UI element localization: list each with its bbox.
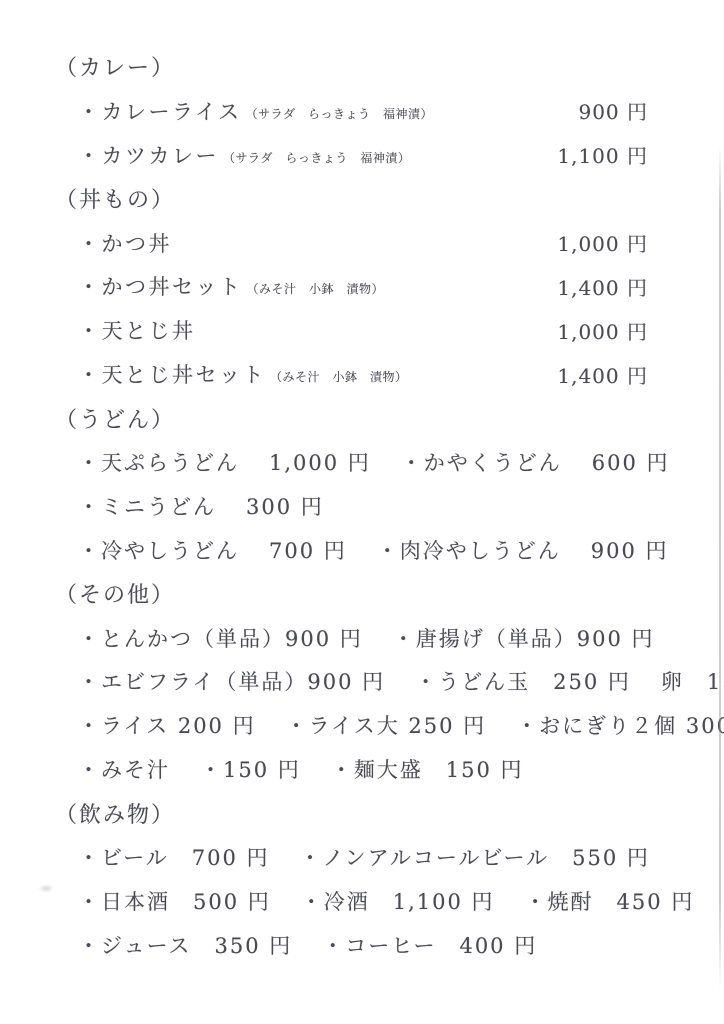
- menu-item-text: ・かやくうどん: [401, 447, 562, 477]
- menu-item-text: ・エビフライ（単品）900 円: [78, 666, 385, 696]
- section-heading-row-nomimono: （飲み物）: [0, 791, 724, 835]
- menu-item: ・天とじ丼セット（みそ汁 小鉢 漬物）: [78, 359, 408, 389]
- menu-row: ・天とじ丼セット（みそ汁 小鉢 漬物）1,400 円: [0, 352, 724, 396]
- menu-item-text: ・おにぎり２個 300 円: [516, 710, 724, 740]
- menu-item-name: ・天とじ丼セット: [78, 359, 266, 389]
- menu-page: （カレー）・カレーライス（サラダ らっきょう 福神漬）900 円・カツカレー（サ…: [0, 0, 724, 1024]
- menu-item-text: 1,000 円: [269, 447, 371, 477]
- menu-item-text: ・うどん玉 250 円: [415, 666, 631, 696]
- menu-item-note: （みそ汁 小鉢 漬物）: [270, 363, 408, 385]
- menu-item-text: ・冷酒 1,100 円: [301, 886, 495, 916]
- menu-item-name: ・かつ丼セット: [78, 271, 243, 301]
- menu-item-price: 1,000 円: [557, 316, 648, 345]
- menu-item-text: 卵 150 円: [661, 666, 724, 696]
- menu-row: ・みそ汁・150 円・麺大盛 150 円: [0, 747, 724, 791]
- menu-item-text: ・冷やしうどん: [78, 535, 239, 565]
- menu-content: （カレー）・カレーライス（サラダ らっきょう 福神漬）900 円・カツカレー（サ…: [0, 45, 724, 967]
- menu-item-text: ・とんかつ（単品）900 円: [78, 623, 363, 653]
- menu-item-text: 300 円: [246, 491, 324, 521]
- menu-row: ・ジュース 350 円・コーヒー 400 円: [0, 923, 724, 967]
- menu-item: ・カレーライス（サラダ らっきょう 福神漬）: [78, 96, 433, 126]
- menu-item-text: ・麺大盛 150 円: [331, 754, 524, 784]
- menu-item-price: 1,000 円: [557, 228, 648, 257]
- menu-row: ・カツカレー（サラダ らっきょう 福神漬）1,100 円: [0, 133, 724, 177]
- menu-item-text: ・ミニうどん: [78, 491, 216, 521]
- menu-item: ・かつ丼セット（みそ汁 小鉢 漬物）: [78, 271, 384, 301]
- section-heading: （飲み物）: [55, 798, 175, 829]
- menu-item-text: ・ビール 700 円: [78, 842, 270, 872]
- section-heading-row-sonota: （その他）: [0, 572, 724, 616]
- menu-item-price: 1,400 円: [557, 272, 648, 301]
- section-heading: （丼もの）: [55, 183, 175, 214]
- menu-item-note: （サラダ らっきょう 福神漬）: [223, 144, 410, 166]
- menu-item-name: ・天とじ丼: [78, 315, 196, 345]
- menu-item-text: ・150 円: [200, 754, 301, 784]
- menu-row: ・かつ丼1,000 円: [0, 221, 724, 265]
- section-heading: （カレー）: [55, 51, 175, 82]
- section-heading-row-donmono: （丼もの）: [0, 177, 724, 221]
- menu-item-text: 900 円: [591, 535, 669, 565]
- menu-item-name: ・カレーライス: [78, 96, 242, 126]
- menu-item-text: ・ジュース 350 円: [78, 930, 292, 960]
- menu-item: ・カツカレー（サラダ らっきょう 福神漬）: [78, 140, 410, 170]
- menu-item-price: 1,100 円: [557, 140, 648, 169]
- menu-row: ・とんかつ（単品）900 円・唐揚げ（単品）900 円: [0, 616, 724, 660]
- section-heading-row-udon: （うどん）: [0, 396, 724, 440]
- menu-item-text: 600 円: [592, 447, 670, 477]
- menu-item-name: ・かつ丼: [78, 228, 172, 258]
- menu-row: ・かつ丼セット（みそ汁 小鉢 漬物）1,400 円: [0, 264, 724, 308]
- menu-item-text: ・唐揚げ（単品）900 円: [393, 623, 655, 653]
- menu-item-text: ・ノンアルコールビール 550 円: [300, 842, 650, 872]
- menu-item-note: （みそ汁 小鉢 漬物）: [247, 275, 385, 297]
- menu-row: ・エビフライ（単品）900 円・うどん玉 250 円卵 150 円: [0, 659, 724, 703]
- section-heading: （うどん）: [55, 403, 175, 434]
- menu-item-text: ・みそ汁: [78, 754, 170, 784]
- menu-row: ・ミニうどん300 円: [0, 484, 724, 528]
- menu-row: ・天とじ丼1,000 円: [0, 308, 724, 352]
- menu-item-text: ・コーヒー 400 円: [322, 930, 537, 960]
- menu-item-name: ・カツカレー: [78, 140, 219, 170]
- section-heading: （その他）: [55, 578, 175, 609]
- menu-item-text: 700 円: [269, 535, 347, 565]
- menu-row: ・冷やしうどん700 円・肉冷やしうどん900 円: [0, 528, 724, 572]
- menu-item-text: ・天ぷらうどん: [78, 447, 239, 477]
- menu-row: ・日本酒 500 円・冷酒 1,100 円・焼酎 450 円: [0, 879, 724, 923]
- menu-item-text: ・焼酎 450 円: [525, 886, 695, 916]
- menu-row: ・カレーライス（サラダ らっきょう 福神漬）900 円: [0, 89, 724, 133]
- menu-item-text: ・ライス大 250 円: [286, 710, 487, 740]
- menu-item-text: ・肉冷やしうどん: [377, 535, 561, 565]
- section-heading-row-curry: （カレー）: [0, 45, 724, 89]
- menu-item-text: ・ライス 200 円: [78, 710, 256, 740]
- menu-item-price: 1,400 円: [557, 360, 648, 389]
- menu-item-note: （サラダ らっきょう 福神漬）: [246, 100, 433, 122]
- menu-item: ・かつ丼: [78, 228, 172, 258]
- menu-row: ・ライス 200 円・ライス大 250 円・おにぎり２個 300 円: [0, 703, 724, 747]
- menu-item-price: 900 円: [578, 96, 648, 125]
- menu-row: ・天ぷらうどん1,000 円・かやくうどん600 円: [0, 440, 724, 484]
- menu-item: ・天とじ丼: [78, 315, 196, 345]
- menu-item-text: ・日本酒 500 円: [78, 886, 271, 916]
- menu-row: ・ビール 700 円・ノンアルコールビール 550 円: [0, 835, 724, 879]
